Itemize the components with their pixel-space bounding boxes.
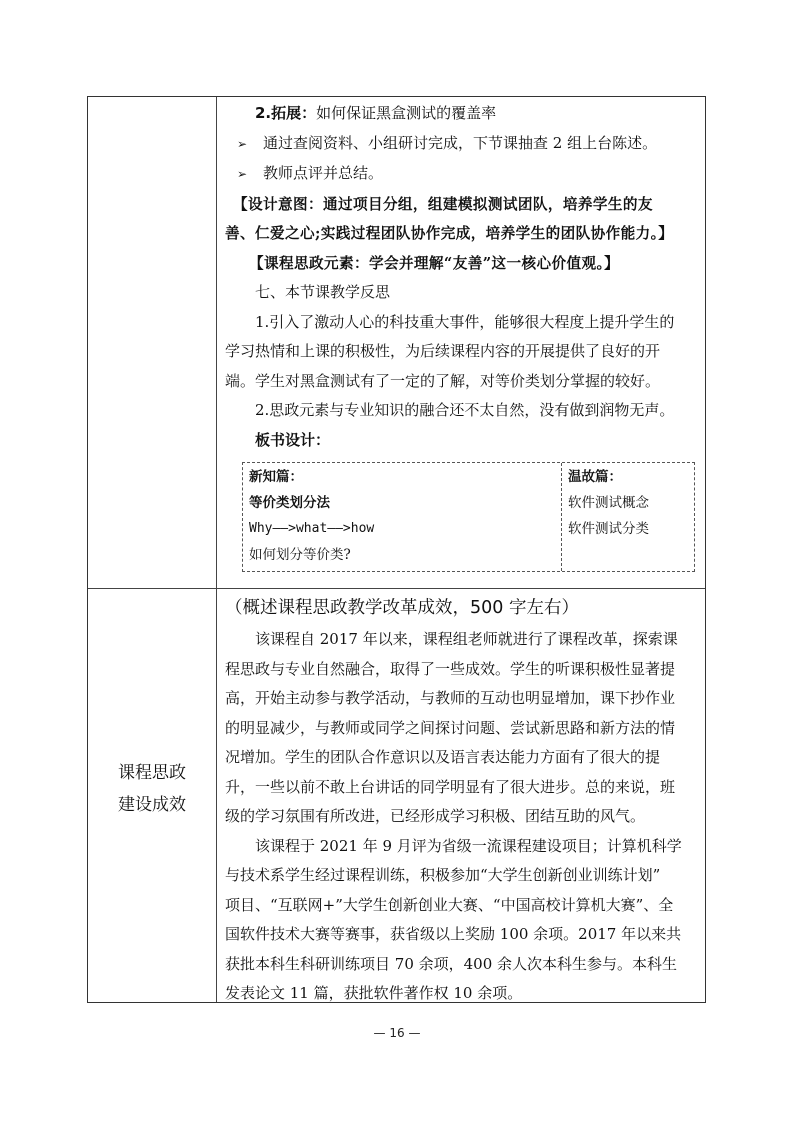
teaching-content-cell: 2.拓展：如何保证黑盒测试的覆盖率 ➢通过查阅资料、小组研讨完成，下节课抽查 2… bbox=[225, 99, 699, 455]
board-divider bbox=[561, 463, 562, 571]
paragraph-1-line: 升，一些以前不敢上台讲话的同学明显有了很大进步。总的来说，班 bbox=[225, 773, 699, 803]
arrow-bullet-icon: ➢ bbox=[237, 160, 263, 190]
reflection-1-line-3: 端。学生对黑盒测试有了一定的了解，对等价类划分掌握的较好。 bbox=[225, 367, 699, 397]
arrow-bullet-icon: ➢ bbox=[237, 130, 263, 160]
design-intent-line-2: 善、仁爱之心;实践过程团队协作完成，培养学生的团队协作能力。】 bbox=[225, 219, 699, 249]
bullet-text: 教师点评并总结。 bbox=[263, 164, 383, 182]
row-label-ideology-results: 课程思政 建设成效 bbox=[88, 757, 216, 821]
paragraph-1-line: 高，开始主动参与教学活动，与教师的互动也明显增加，课下抄作业 bbox=[225, 684, 699, 714]
board-right-item: 软件测试概念 bbox=[568, 490, 649, 516]
document-page: 2.拓展：如何保证黑盒测试的覆盖率 ➢通过查阅资料、小组研讨完成，下节课抽查 2… bbox=[0, 0, 794, 1123]
ideology-element: 【课程思政元素：学会并理解“友善”这一核心价值观。】 bbox=[225, 249, 699, 279]
paragraph-2-line: 该课程于 2021 年 9 月评为省级一流课程建设项目；计算机科学 bbox=[225, 832, 699, 862]
board-design-heading: 板书设计： bbox=[225, 426, 699, 456]
board-left-subtitle: 等价类划分法 bbox=[249, 490, 374, 516]
board-left-title: 新知篇： bbox=[249, 464, 374, 490]
column-divider bbox=[216, 97, 217, 1002]
reflection-1-line-1: 1.引入了激动人心的科技重大事件，能够很大程度上提升学生的 bbox=[225, 308, 699, 338]
extension-label: 2.拓展： bbox=[255, 104, 316, 122]
board-design-box: 新知篇： 等价类划分法 Why——>what——>how 如何划分等价类? 温故… bbox=[242, 462, 695, 572]
row-label-line-2: 建设成效 bbox=[88, 789, 216, 821]
reflection-heading: 七、本节课教学反思 bbox=[225, 278, 699, 308]
bullet-item: ➢通过查阅资料、小组研讨完成，下节课抽查 2 组上台陈述。 bbox=[225, 129, 699, 160]
board-left-flow: Why——>what——>how bbox=[249, 516, 374, 542]
board-right-item: 软件测试分类 bbox=[568, 516, 649, 542]
lesson-plan-table: 2.拓展：如何保证黑盒测试的覆盖率 ➢通过查阅资料、小组研讨完成，下节课抽查 2… bbox=[87, 96, 706, 1003]
extension-text: 如何保证黑盒测试的覆盖率 bbox=[316, 104, 496, 122]
paragraph-1-line: 程思政与专业自然融合，取得了一些成效。学生的听课积极性显著提 bbox=[225, 655, 699, 685]
paragraph-2-line: 获批本科生科研训练项目 70 余项，400 余人次本科生参与。本科生 bbox=[225, 950, 699, 980]
board-right-title: 温故篇： bbox=[568, 464, 649, 490]
paragraph-1-line: 级的学习氛围有所改进，已经形成学习积极、团结互助的风气。 bbox=[225, 802, 699, 832]
paragraph-2-line: 项目、“互联网+”大学生创新创业大赛、“中国高校计算机大赛”、全 bbox=[225, 891, 699, 921]
paragraph-2-line: 与技术系学生经过课程训练，积极参加“大学生创新创业训练计划” bbox=[225, 861, 699, 891]
bullet-item: ➢教师点评并总结。 bbox=[225, 159, 699, 190]
paragraph-2-line: 国软件技术大赛等赛事，获省级以上奖励 100 余项。2017 年以来共 bbox=[225, 920, 699, 950]
design-intent-line-1: 【设计意图：通过项目分组，组建模拟测试团队，培养学生的友 bbox=[225, 190, 699, 220]
paragraph-2-line: 发表论文 11 篇，获批软件著作权 10 余项。 bbox=[225, 979, 699, 1009]
ideology-results-cell: （概述课程思政教学改革成效，500 字左右） 该课程自 2017 年以来，课程组… bbox=[225, 591, 699, 1009]
paragraph-1-line: 该课程自 2017 年以来，课程组老师就进行了课程改革，探索课 bbox=[225, 625, 699, 655]
reflection-2: 2.思政元素与专业知识的融合还不太自然，没有做到润物无声。 bbox=[225, 396, 699, 426]
reflection-1-line-2: 学习热情和上课的积极性，为后续课程内容的开展提供了良好的开 bbox=[225, 337, 699, 367]
paragraph-1-line: 况增加。学生的团队合作意识以及语言表达能力方面有了很大的提 bbox=[225, 743, 699, 773]
paragraph-1-line: 的明显减少，与教师或同学之间探讨问题、尝试新思路和新方法的情 bbox=[225, 714, 699, 744]
board-review: 温故篇： 软件测试概念 软件测试分类 bbox=[568, 464, 649, 542]
row-divider bbox=[88, 588, 705, 589]
summary-heading: （概述课程思政教学改革成效，500 字左右） bbox=[225, 591, 699, 625]
bullet-text: 通过查阅资料、小组研讨完成，下节课抽查 2 组上台陈述。 bbox=[263, 134, 657, 152]
page-number: — 16 — bbox=[0, 1026, 794, 1040]
board-new-knowledge: 新知篇： 等价类划分法 Why——>what——>how 如何划分等价类? bbox=[249, 464, 374, 568]
row-label-line-1: 课程思政 bbox=[88, 757, 216, 789]
board-left-question: 如何划分等价类? bbox=[249, 542, 374, 568]
extension-heading: 2.拓展：如何保证黑盒测试的覆盖率 bbox=[225, 99, 699, 129]
